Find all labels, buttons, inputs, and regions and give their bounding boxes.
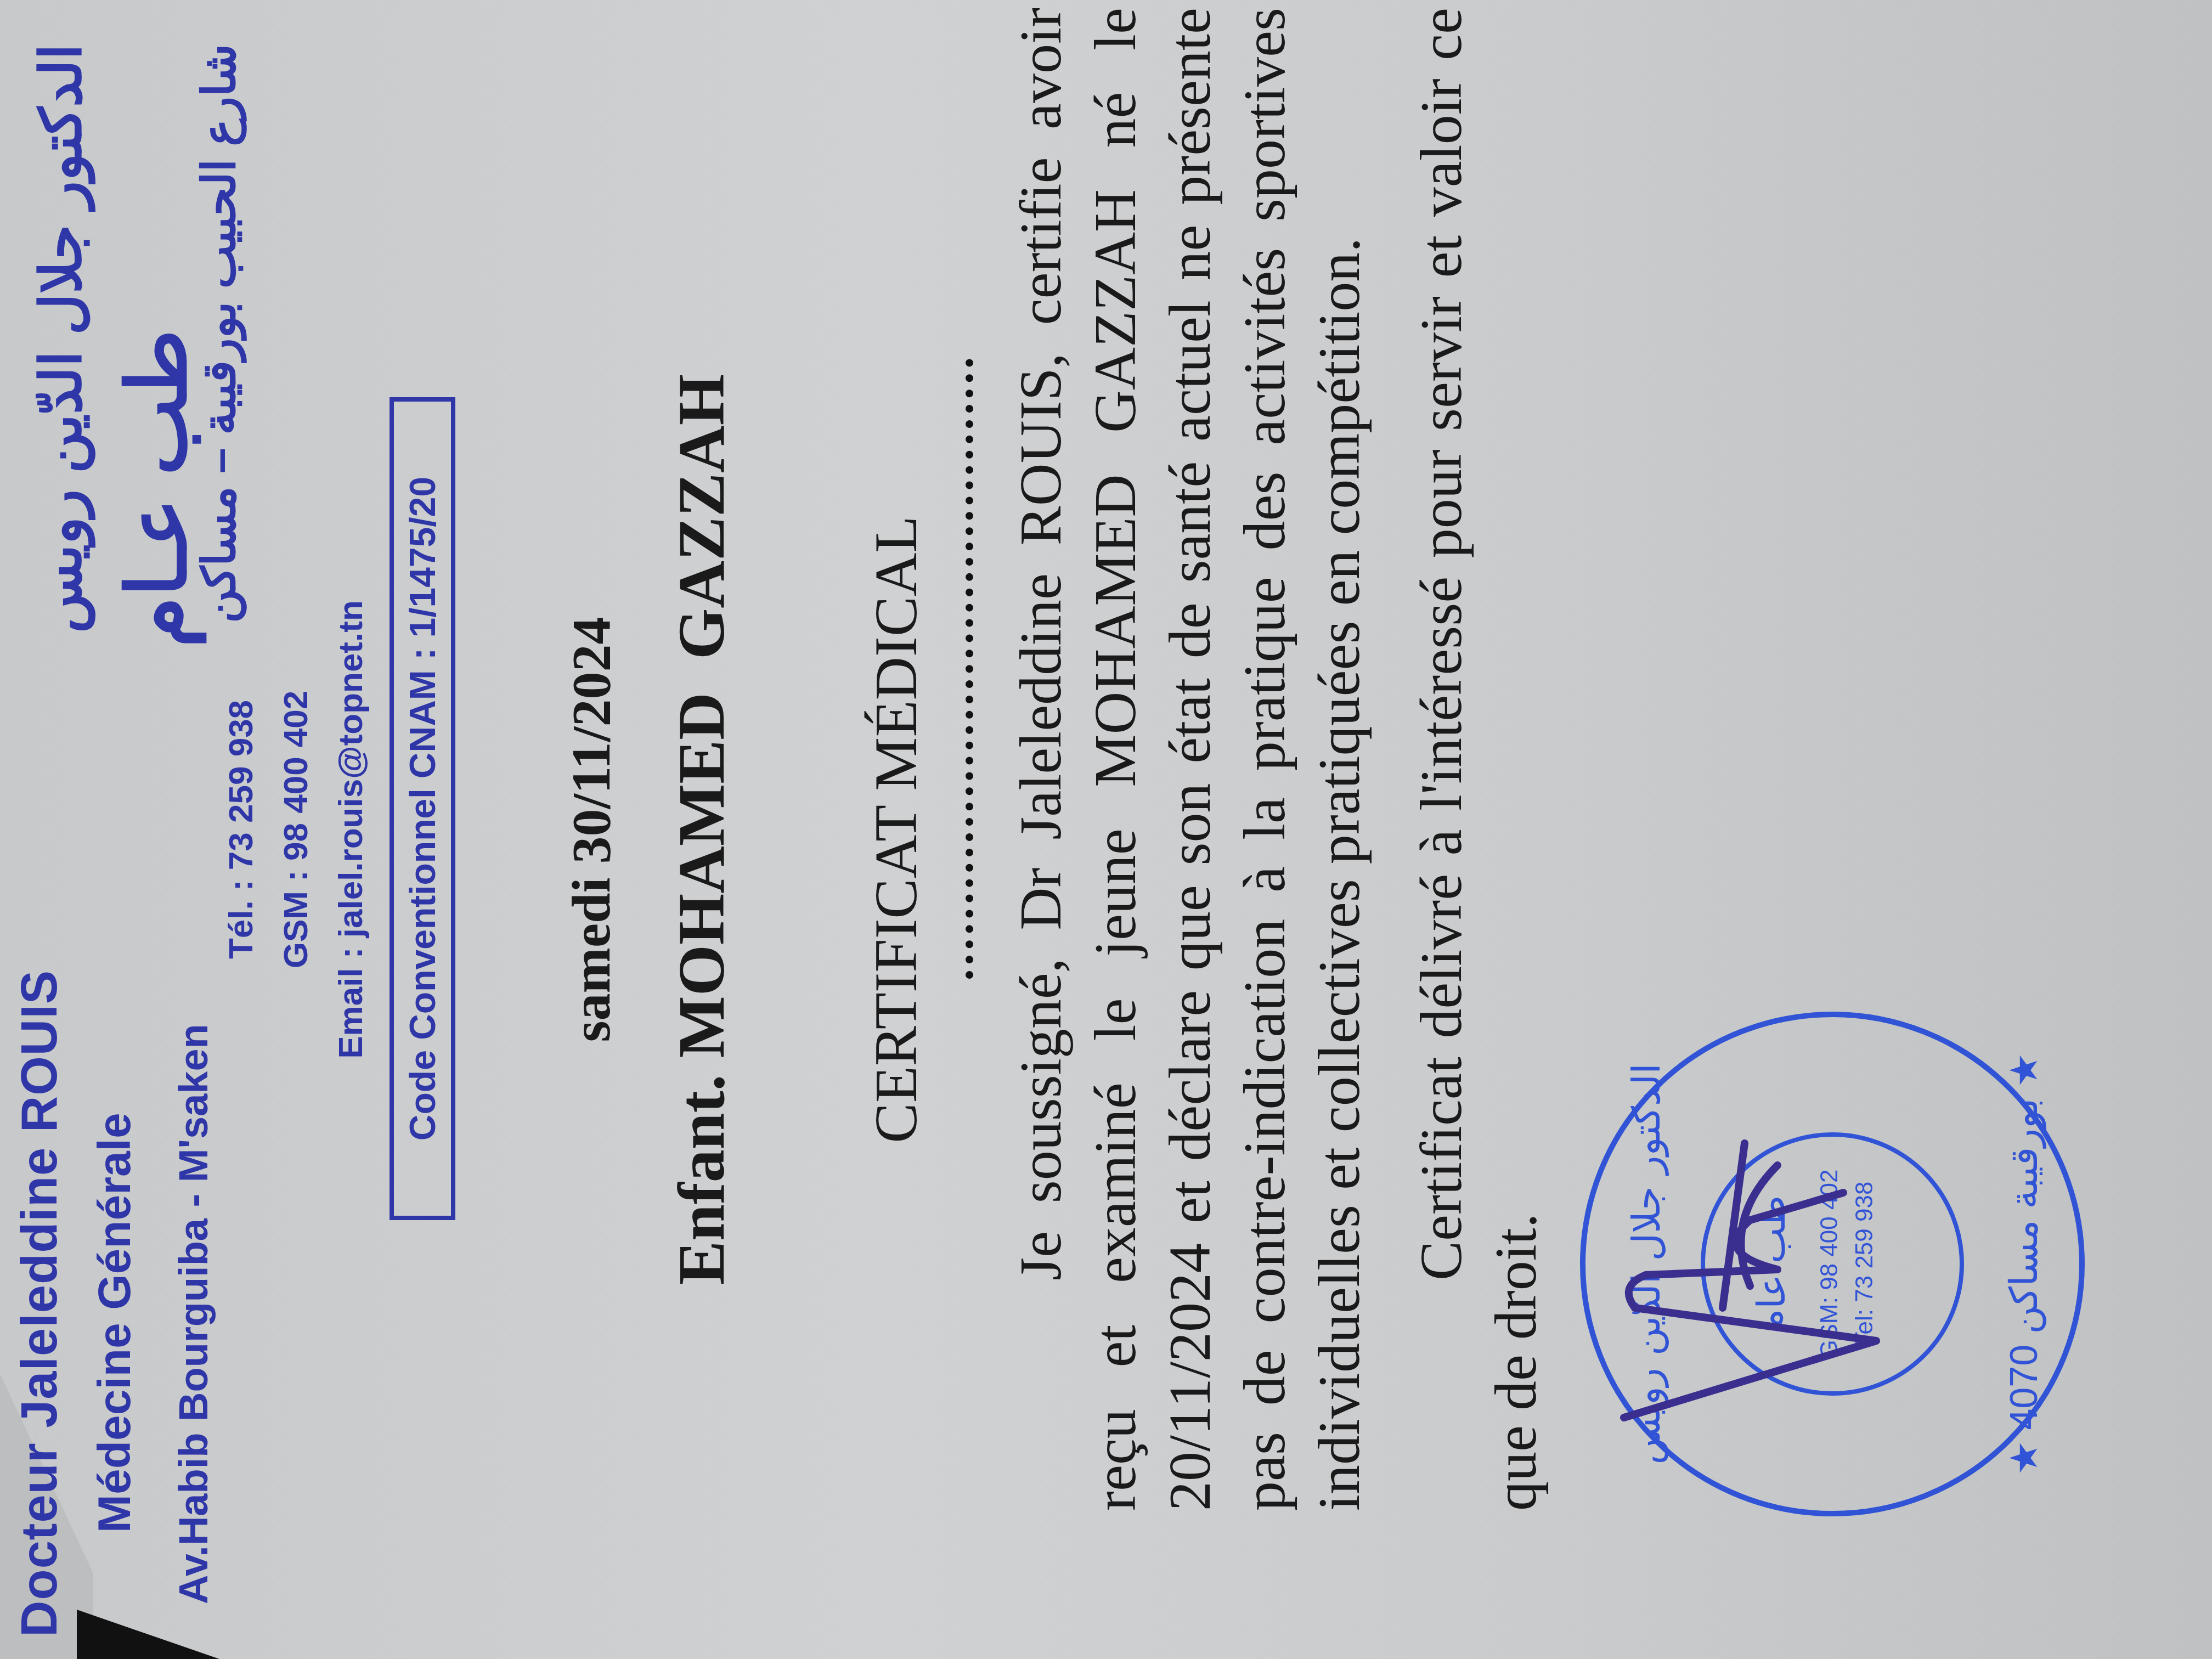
specialty: Médecine Générale <box>88 1113 141 1533</box>
certificate-closing: Certificat délivré à l'intéressé pour se… <box>1404 8 1554 1511</box>
document-title: CERTIFICAT MÉDICAL <box>861 0 931 1659</box>
cnam-code-box: Code Conventionnel CNAM : 1/1475/20 <box>390 397 455 1220</box>
mobile: GSM : 98 400 402 <box>269 0 324 1659</box>
contact-block: Tél. : 73 259 938 GSM : 98 400 402 Email… <box>214 0 379 1659</box>
certificate-body: Je soussigné, Dr Jaleleddine ROUIS, cert… <box>1004 8 1377 1511</box>
specialty-arabic: طب عـام <box>110 329 205 647</box>
doctor-name: Docteur Jaleleddine ROUIS <box>11 970 69 1637</box>
address: Av.Habib Bourguiba - M'saken <box>170 1024 217 1604</box>
handwritten-signature <box>1613 1066 1887 1451</box>
patient-name: Enfant. MOHAMED GAZZAH <box>664 0 740 1659</box>
email: Email : jalel.rouis@topnet.tn <box>324 0 379 1659</box>
certificate-page: Docteur Jaleleddine ROUIS Médecine Génér… <box>0 0 2212 1659</box>
stamp-ring-bottom-text: ★ 4070 بورقيبة مساكن ★ <box>2001 1017 2046 1511</box>
phone: Tél. : 73 259 938 <box>214 0 269 1659</box>
doctor-name-arabic: الدكتور جلال الدّين رويس <box>27 44 94 633</box>
title-underline <box>966 359 973 979</box>
issue-date: samedi 30/11/2024 <box>560 0 623 1659</box>
